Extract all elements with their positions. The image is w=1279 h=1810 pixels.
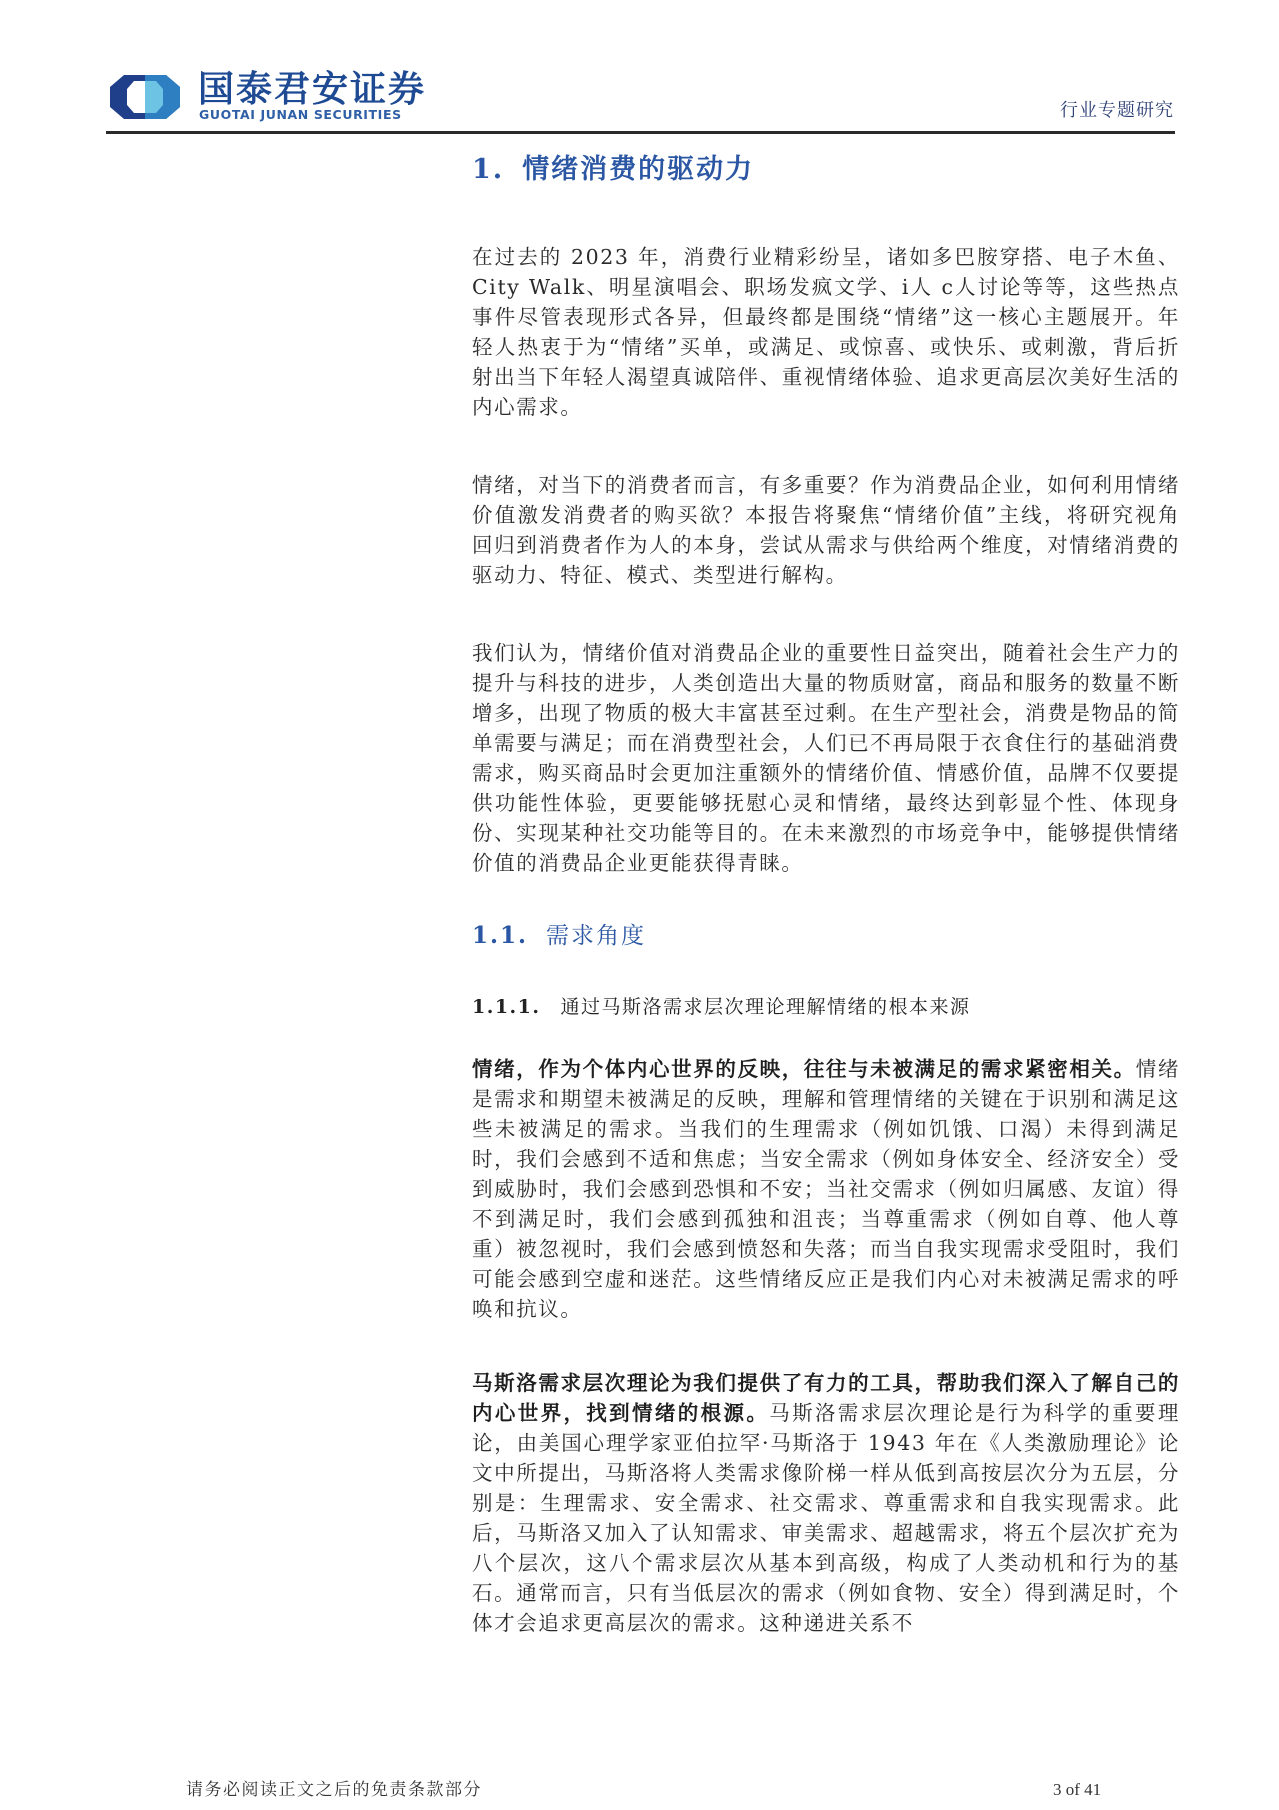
section-number: 1.1.: [472, 922, 528, 949]
paragraph-body: 马斯洛需求层次理论是行为科学的重要理论，由美国心理学家亚伯拉罕·马斯洛于 194…: [472, 1401, 1180, 1635]
paragraph-questions: 情绪，对当下的消费者而言，有多重要？作为消费品企业，如何利用情绪价值激发消费者的…: [472, 470, 1180, 590]
section-heading-1-1: 1.1.需求角度: [472, 918, 1180, 954]
section-heading-1-1-1: 1.1.1.通过马斯洛需求层次理论理解情绪的根本来源: [472, 992, 1180, 1022]
paragraph-emotion-needs: 情绪，作为个体内心世界的反映，往往与未被满足的需求紧密相关。情绪是需求和期望未被…: [472, 1054, 1180, 1324]
section-heading-1: 1.情绪消费的驱动力: [472, 150, 1180, 190]
section-title: 需求角度: [546, 923, 646, 949]
paragraph-body: 情绪是需求和期望未被满足的反映，理解和管理情绪的关键在于识别和满足这些未被满足的…: [472, 1057, 1180, 1321]
paragraph-lead-bold: 情绪，作为个体内心世界的反映，往往与未被满足的需求紧密相关。: [472, 1057, 1136, 1081]
header-divider: [106, 131, 1175, 134]
paragraph-maslow: 马斯洛需求层次理论为我们提供了有力的工具，帮助我们深入了解自己的内心世界，找到情…: [472, 1368, 1180, 1638]
footer-disclaimer: 请务必阅读正文之后的免责条款部分: [186, 1778, 482, 1802]
section-title: 通过马斯洛需求层次理论理解情绪的根本来源: [561, 996, 971, 1018]
section-number: 1.: [472, 154, 504, 185]
report-type-label: 行业专题研究: [1050, 98, 1174, 124]
section-title: 情绪消费的驱动力: [522, 154, 754, 185]
document-body: 1.情绪消费的驱动力 在过去的 2023 年，消费行业精彩纷呈，诸如多巴胺穿搭、…: [472, 140, 1180, 1638]
paragraph-viewpoint: 我们认为，情绪价值对消费品企业的重要性日益突出，随着社会生产力的提升与科技的进步…: [472, 638, 1180, 878]
company-name-en: GUOTAI JUNAN SECURITIES: [199, 108, 402, 122]
page-number: 3 of 41: [1053, 1778, 1101, 1802]
company-logo-icon: [108, 73, 182, 121]
company-name-cn: 国泰君安证券: [198, 70, 426, 110]
paragraph-intro: 在过去的 2023 年，消费行业精彩纷呈，诸如多巴胺穿搭、电子木鱼、City W…: [472, 242, 1180, 422]
section-number: 1.1.1.: [472, 996, 541, 1018]
